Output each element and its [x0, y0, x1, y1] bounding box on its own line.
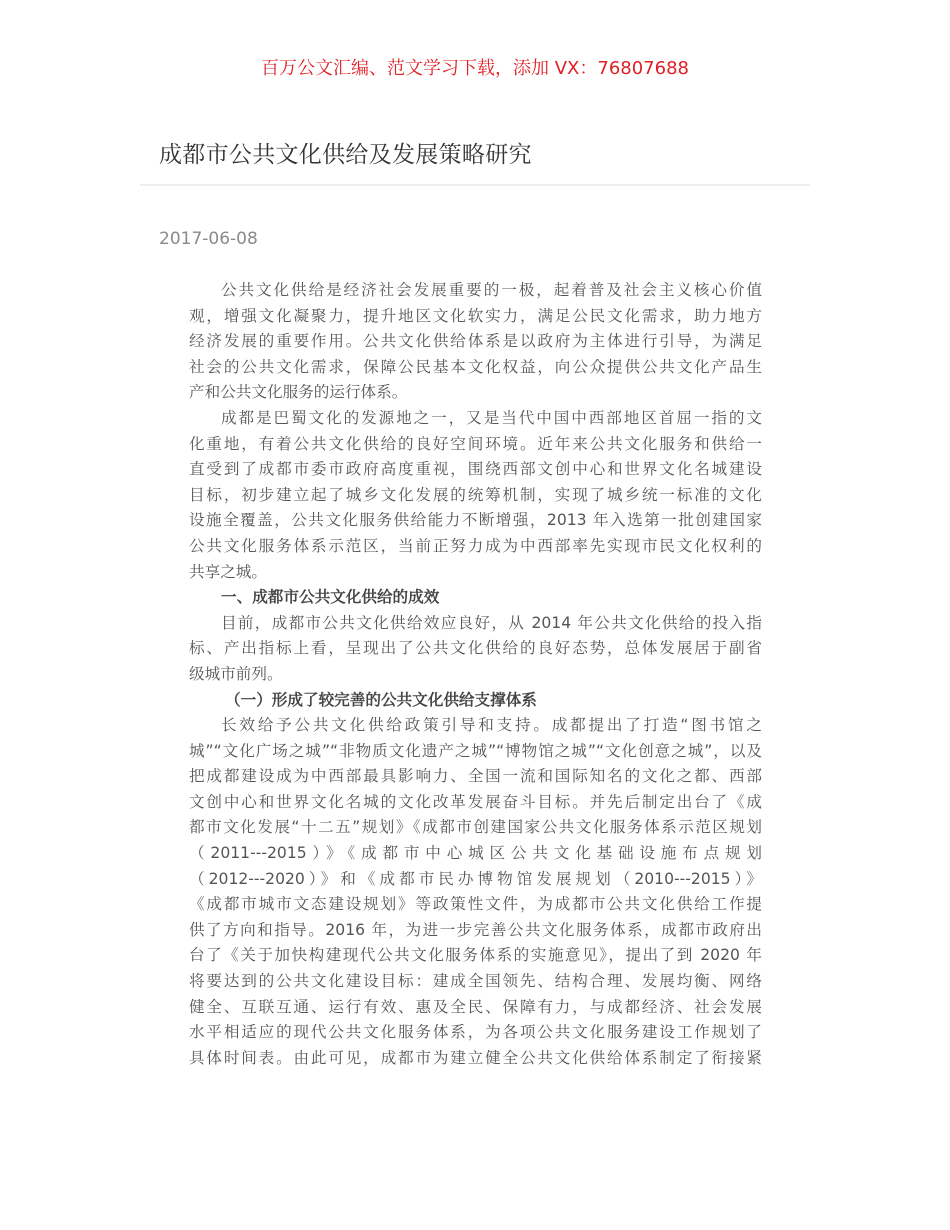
- paragraph-line: 设施全覆盖，公共文化服务供给能力不断增强，2013 年入选第一批创建国家: [189, 508, 762, 534]
- paragraph-line: 城”“文化广场之城”“非物质文化遗产之城”“博物馆之城”“文化创意之城”，以及: [189, 739, 762, 765]
- paragraph-line: 成都是巴蜀文化的发源地之一，又是当代中国中西部地区首屈一指的文: [189, 406, 762, 432]
- page-title: 成都市公共文化供给及发展策略研究: [159, 139, 532, 171]
- paragraph-line: （2011---2015）》《成都市中心城区公共文化基础设施布点规划: [189, 841, 762, 867]
- paragraph-line: 台了《关于加快构建现代公共文化服务体系的实施意见》，提出了到 2020 年: [189, 943, 762, 969]
- paragraph-line: 直受到了成都市委市政府高度重视，围绕西部文创中心和世界文化名城建设: [189, 457, 762, 483]
- paragraph-line: 化重地，有着公共文化供给的良好空间环境。近年来公共文化服务和供给一: [189, 432, 762, 458]
- title-divider: [140, 184, 810, 186]
- paragraph-line: 文创中心和世界文化名城的文化改革发展奋斗目标。并先后制定出台了《成: [189, 790, 762, 816]
- section-heading: 一、成都市公共文化供给的成效: [189, 585, 762, 611]
- paragraph-line: 《成都市城市文态建设规划》等政策性文件，为成都市公共文化供给工作提: [189, 892, 762, 918]
- publish-date: 2017-06-08: [159, 227, 258, 251]
- subsection-heading: （一）形成了较完善的公共文化供给支撑体系: [189, 688, 762, 714]
- paragraph-line: 级城市前列。: [189, 662, 762, 688]
- paragraph-line: 经济发展的重要作用。公共文化供给体系是以政府为主体进行引导，为满足: [189, 329, 762, 355]
- paragraph-line: 观，增强文化凝聚力，提升地区文化软实力，满足公民文化需求，助力地方: [189, 304, 762, 330]
- paragraph-line: 供了方向和指导。2016 年，为进一步完善公共文化服务体系，成都市政府出: [189, 918, 762, 944]
- paragraph-line: 社会的公共文化需求，保障公民基本文化权益，向公众提供公共文化产品生: [189, 355, 762, 381]
- paragraph-line: 水平相适应的现代公共文化服务体系，为各项公共文化服务建设工作规划了: [189, 1020, 762, 1046]
- paragraph-line: 公共文化服务体系示范区，当前正努力成为中西部率先实现市民文化权利的: [189, 534, 762, 560]
- paragraph-line: 健全、互联互通、运行有效、惠及全民、保障有力，与成都经济、社会发展: [189, 995, 762, 1021]
- promo-banner: 百万公文汇编、范文学习下载，添加 VX：76807688: [0, 56, 950, 82]
- paragraph-line: 共享之城。: [189, 560, 762, 586]
- paragraph-line: 公共文化供给是经济社会发展重要的一极，起着普及社会主义核心价值: [189, 278, 762, 304]
- article-body: 公共文化供给是经济社会发展重要的一极，起着普及社会主义核心价值观，增强文化凝聚力…: [189, 278, 762, 1071]
- paragraph-line: 长效给予公共文化供给政策引导和支持。成都提出了打造“图书馆之: [189, 713, 762, 739]
- paragraph-line: 目前，成都市公共文化供给效应良好，从 2014 年公共文化供给的投入指: [189, 611, 762, 637]
- paragraph-line: 产和公共文化服务的运行体系。: [189, 380, 762, 406]
- paragraph-line: （2012---2020）》和《成都市民办博物馆发展规划（2010---2015…: [189, 867, 762, 893]
- paragraph-line: 标、产出指标上看，呈现出了公共文化供给的良好态势，总体发展居于副省: [189, 636, 762, 662]
- paragraph-line: 将要达到的公共文化建设目标：建成全国领先、结构合理、发展均衡、网络: [189, 969, 762, 995]
- paragraph-line: 都市文化发展“十二五”规划》《成都市创建国家公共文化服务体系示范区规划: [189, 815, 762, 841]
- paragraph-line: 把成都建设成为中西部最具影响力、全国一流和国际知名的文化之都、西部: [189, 764, 762, 790]
- paragraph-line: 目标，初步建立起了城乡文化发展的统筹机制，实现了城乡统一标准的文化: [189, 483, 762, 509]
- paragraph-line: 具体时间表。由此可见，成都市为建立健全公共文化供给体系制定了衔接紧: [189, 1046, 762, 1072]
